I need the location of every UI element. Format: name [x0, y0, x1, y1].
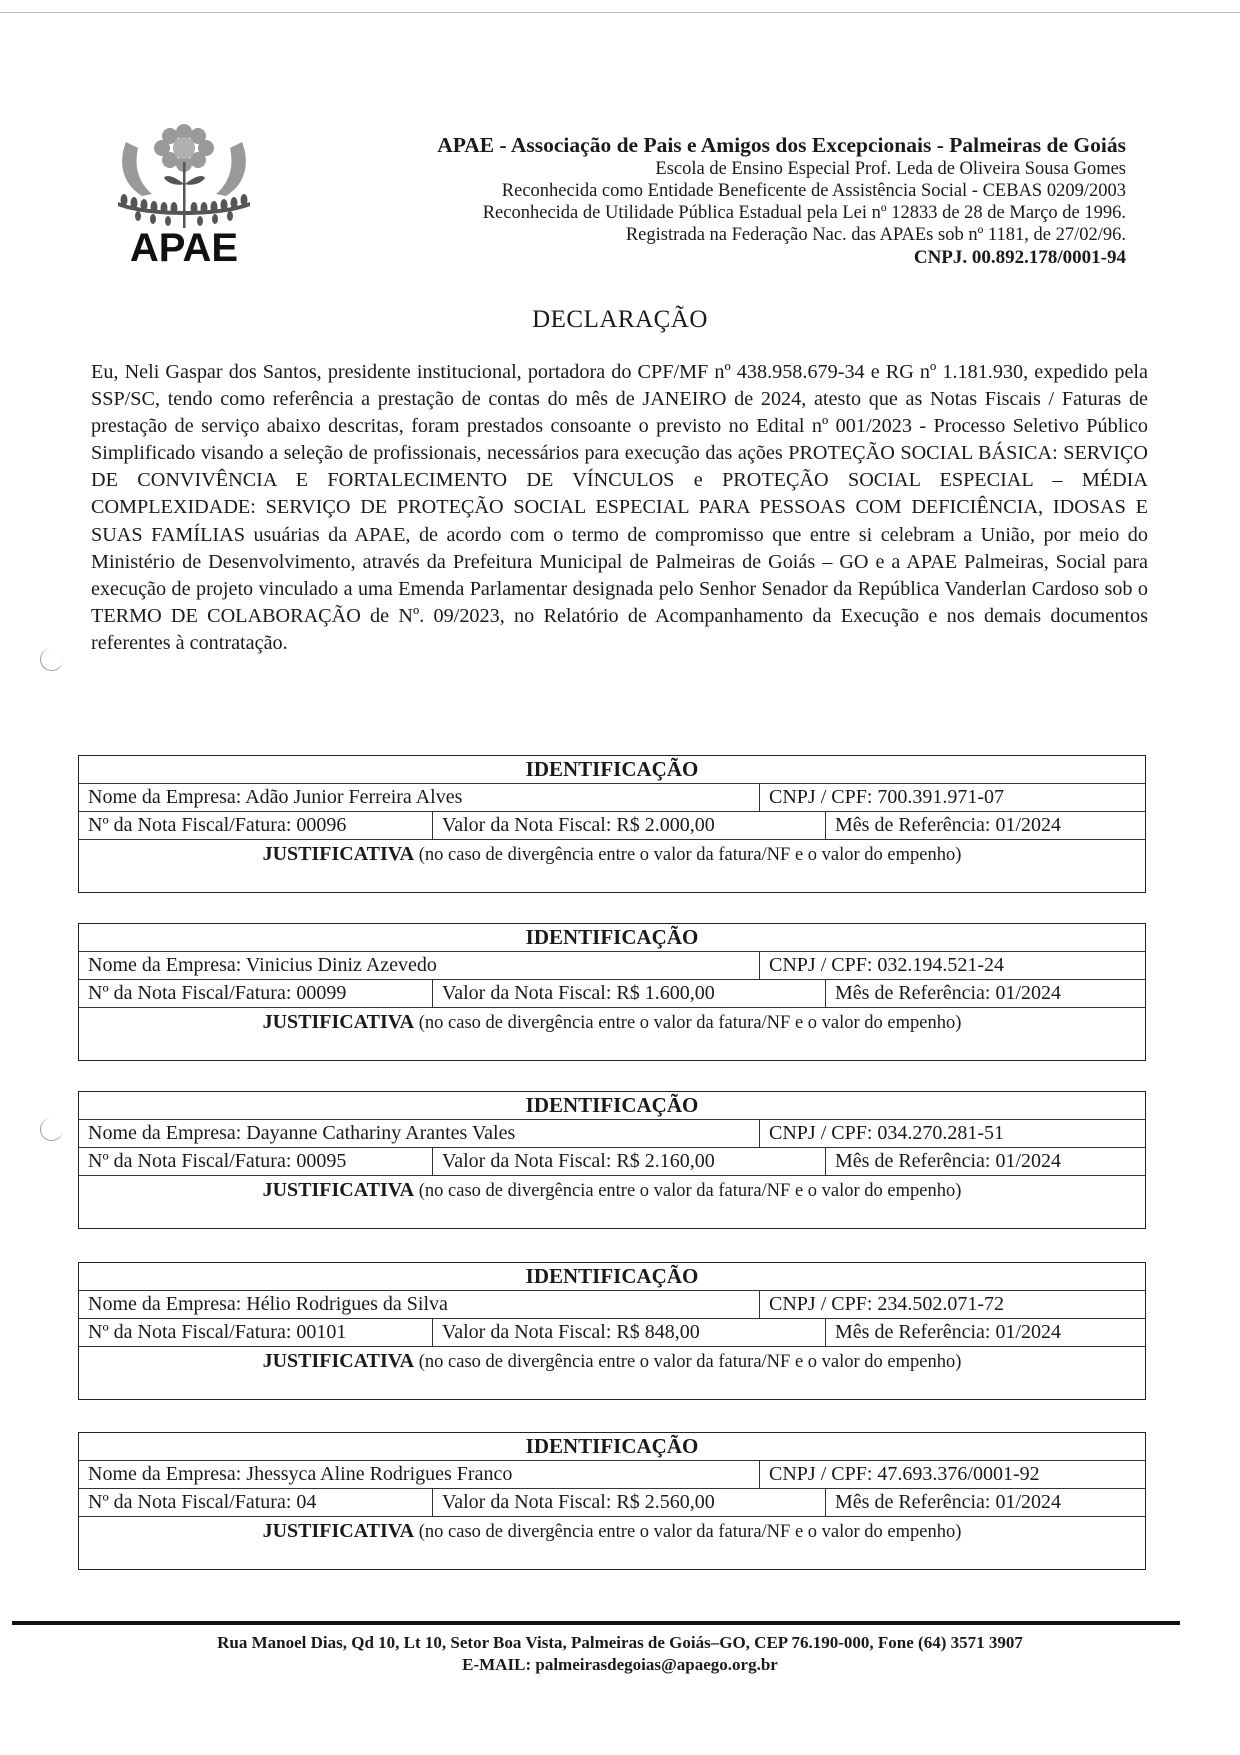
company-name-value: Hélio Rodrigues da Silva	[246, 1293, 448, 1315]
identification-table: IDENTIFICAÇÃONome da Empresa: Dayanne Ca…	[78, 1091, 1146, 1229]
invoice-number-cell: Nº da Nota Fiscal/Fatura: 00095	[79, 1148, 432, 1175]
scan-edge-line	[0, 12, 1240, 13]
cnpj-label: CNPJ / CPF:	[769, 1293, 877, 1315]
table-row: Nº da Nota Fiscal/Fatura: 04Valor da Not…	[79, 1489, 1145, 1517]
identification-table: IDENTIFICAÇÃONome da Empresa: Vinicius D…	[78, 923, 1146, 1061]
cnpj-label: CNPJ / CPF:	[769, 954, 877, 976]
table-row: Nome da Empresa: Hélio Rodrigues da Silv…	[79, 1291, 1145, 1319]
letterhead-line: Registrada na Federação Nac. das APAEs s…	[270, 224, 1126, 246]
invoice-number-value: 00095	[296, 1150, 346, 1172]
invoice-number-label: Nº da Nota Fiscal/Fatura:	[88, 1150, 296, 1172]
invoice-number-cell: Nº da Nota Fiscal/Fatura: 00099	[79, 980, 432, 1007]
declaration-paragraph: Eu, Neli Gaspar dos Santos, presidente i…	[91, 359, 1148, 657]
justification-label: JUSTIFICATIVA	[263, 1179, 415, 1201]
cnpj-value: 700.391.971-07	[877, 786, 1004, 808]
table-row: Nº da Nota Fiscal/Fatura: 00099Valor da …	[79, 980, 1145, 1008]
invoice-value-value: R$ 2.000,00	[616, 814, 714, 836]
justification-label: JUSTIFICATIVA	[263, 843, 415, 865]
reference-month-cell: Mês de Referência: 01/2024	[825, 812, 1145, 839]
cnpj-value: 034.270.281-51	[877, 1122, 1004, 1144]
cnpj-label: CNPJ / CPF:	[769, 1463, 877, 1485]
table-row: Nome da Empresa: Vinicius Diniz AzevedoC…	[79, 952, 1145, 980]
company-name-cell: Nome da Empresa: Adão Junior Ferreira Al…	[79, 784, 759, 811]
company-name-label: Nome da Empresa:	[88, 1293, 246, 1315]
invoice-value-label: Valor da Nota Fiscal:	[442, 1150, 616, 1172]
invoice-value-label: Valor da Nota Fiscal:	[442, 814, 616, 836]
invoice-number-label: Nº da Nota Fiscal/Fatura:	[88, 1321, 296, 1343]
invoice-number-value: 04	[296, 1491, 316, 1513]
company-name-value: Adão Junior Ferreira Alves	[245, 786, 462, 808]
cnpj-cell: CNPJ / CPF: 47.693.376/0001-92	[759, 1461, 1145, 1488]
identification-table: IDENTIFICAÇÃONome da Empresa: Jhessyca A…	[78, 1432, 1146, 1570]
reference-month-cell: Mês de Referência: 01/2024	[825, 980, 1145, 1007]
company-name-cell: Nome da Empresa: Jhessyca Aline Rodrigue…	[79, 1461, 759, 1488]
invoice-number-label: Nº da Nota Fiscal/Fatura:	[88, 982, 296, 1004]
justification-cell: JUSTIFICATIVA (no caso de divergência en…	[79, 1347, 1145, 1399]
reference-month-value: 01/2024	[995, 1150, 1061, 1172]
letterhead-line: Reconhecida de Utilidade Pública Estadua…	[270, 202, 1126, 224]
flower-hands-icon	[108, 122, 260, 230]
apae-logo: APAE	[108, 122, 260, 268]
company-name-label: Nome da Empresa:	[88, 954, 246, 976]
footer: Rua Manoel Dias, Qd 10, Lt 10, Setor Boa…	[0, 1632, 1240, 1676]
cnpj-cell: CNPJ / CPF: 032.194.521-24	[759, 952, 1145, 979]
justification-hint: (no caso de divergência entre o valor da…	[414, 845, 961, 865]
justification-hint: (no caso de divergência entre o valor da…	[414, 1181, 961, 1201]
reference-month-label: Mês de Referência:	[835, 982, 995, 1004]
table-heading: IDENTIFICAÇÃO	[79, 756, 1145, 784]
reference-month-cell: Mês de Referência: 01/2024	[825, 1148, 1145, 1175]
punch-hole-mark	[40, 648, 63, 671]
company-name-cell: Nome da Empresa: Vinicius Diniz Azevedo	[79, 952, 759, 979]
invoice-value-label: Valor da Nota Fiscal:	[442, 982, 616, 1004]
logo-wordmark: APAE	[108, 228, 260, 268]
organization-name: APAE - Associação de Pais e Amigos dos E…	[270, 132, 1126, 158]
letterhead: APAE - Associação de Pais e Amigos dos E…	[270, 132, 1126, 270]
table-row: Nome da Empresa: Dayanne Cathariny Arant…	[79, 1120, 1145, 1148]
cnpj-value: 234.502.071-72	[877, 1293, 1004, 1315]
footer-rule	[12, 1621, 1180, 1625]
justification-cell: JUSTIFICATIVA (no caso de divergência en…	[79, 1008, 1145, 1060]
identification-table: IDENTIFICAÇÃONome da Empresa: Hélio Rodr…	[78, 1262, 1146, 1400]
justification-hint: (no caso de divergência entre o valor da…	[414, 1352, 961, 1372]
table-row: Nº da Nota Fiscal/Fatura: 00101Valor da …	[79, 1319, 1145, 1347]
table-heading: IDENTIFICAÇÃO	[79, 1263, 1145, 1291]
table-row: Nº da Nota Fiscal/Fatura: 00096Valor da …	[79, 812, 1145, 840]
table-heading: IDENTIFICAÇÃO	[79, 924, 1145, 952]
justification-cell: JUSTIFICATIVA (no caso de divergência en…	[79, 1517, 1145, 1569]
company-name-value: Dayanne Cathariny Arantes Vales	[246, 1122, 515, 1144]
justification-cell: JUSTIFICATIVA (no caso de divergência en…	[79, 840, 1145, 892]
reference-month-value: 01/2024	[995, 1321, 1061, 1343]
identification-table: IDENTIFICAÇÃONome da Empresa: Adão Junio…	[78, 755, 1146, 893]
invoice-number-label: Nº da Nota Fiscal/Fatura:	[88, 1491, 296, 1513]
table-row: Nome da Empresa: Adão Junior Ferreira Al…	[79, 784, 1145, 812]
justification-label: JUSTIFICATIVA	[263, 1350, 415, 1372]
cnpj-label: CNPJ / CPF:	[769, 1122, 877, 1144]
invoice-number-cell: Nº da Nota Fiscal/Fatura: 00101	[79, 1319, 432, 1346]
cnpj-value: 032.194.521-24	[877, 954, 1004, 976]
invoice-value-value: R$ 2.560,00	[616, 1491, 714, 1513]
invoice-value-label: Valor da Nota Fiscal:	[442, 1321, 616, 1343]
company-name-label: Nome da Empresa:	[88, 1122, 246, 1144]
reference-month-value: 01/2024	[995, 1491, 1061, 1513]
cnpj-label: CNPJ / CPF:	[769, 786, 877, 808]
table-row: Nº da Nota Fiscal/Fatura: 00095Valor da …	[79, 1148, 1145, 1176]
table-row: Nome da Empresa: Jhessyca Aline Rodrigue…	[79, 1461, 1145, 1489]
organization-cnpj: CNPJ. 00.892.178/0001-94	[270, 246, 1126, 270]
justification-cell: JUSTIFICATIVA (no caso de divergência en…	[79, 1176, 1145, 1228]
footer-address: Rua Manoel Dias, Qd 10, Lt 10, Setor Boa…	[0, 1632, 1240, 1654]
reference-month-cell: Mês de Referência: 01/2024	[825, 1489, 1145, 1516]
footer-email: E-MAIL: palmeirasdegoias@apaego.org.br	[0, 1654, 1240, 1676]
cnpj-cell: CNPJ / CPF: 700.391.971-07	[759, 784, 1145, 811]
table-heading: IDENTIFICAÇÃO	[79, 1092, 1145, 1120]
invoice-number-value: 00096	[296, 814, 346, 836]
company-name-value: Vinicius Diniz Azevedo	[246, 954, 437, 976]
invoice-value-label: Valor da Nota Fiscal:	[442, 1491, 616, 1513]
reference-month-value: 01/2024	[995, 982, 1061, 1004]
justification-label: JUSTIFICATIVA	[263, 1520, 415, 1542]
company-name-cell: Nome da Empresa: Hélio Rodrigues da Silv…	[79, 1291, 759, 1318]
invoice-value-cell: Valor da Nota Fiscal: R$ 2.560,00	[432, 1489, 825, 1516]
justification-label: JUSTIFICATIVA	[263, 1011, 415, 1033]
invoice-value-cell: Valor da Nota Fiscal: R$ 848,00	[432, 1319, 825, 1346]
invoice-number-cell: Nº da Nota Fiscal/Fatura: 00096	[79, 812, 432, 839]
invoice-number-value: 00099	[296, 982, 346, 1004]
invoice-number-label: Nº da Nota Fiscal/Fatura:	[88, 814, 296, 836]
table-heading: IDENTIFICAÇÃO	[79, 1433, 1145, 1461]
invoice-value-value: R$ 1.600,00	[616, 982, 714, 1004]
invoice-value-cell: Valor da Nota Fiscal: R$ 2.000,00	[432, 812, 825, 839]
invoice-value-cell: Valor da Nota Fiscal: R$ 1.600,00	[432, 980, 825, 1007]
justification-hint: (no caso de divergência entre o valor da…	[414, 1522, 961, 1542]
cnpj-cell: CNPJ / CPF: 234.502.071-72	[759, 1291, 1145, 1318]
punch-hole-mark	[40, 1118, 63, 1141]
cnpj-cell: CNPJ / CPF: 034.270.281-51	[759, 1120, 1145, 1147]
company-name-label: Nome da Empresa:	[88, 786, 245, 808]
reference-month-label: Mês de Referência:	[835, 1150, 995, 1172]
reference-month-label: Mês de Referência:	[835, 814, 995, 836]
cnpj-value: 47.693.376/0001-92	[877, 1463, 1039, 1485]
invoice-value-value: R$ 848,00	[616, 1321, 699, 1343]
company-name-cell: Nome da Empresa: Dayanne Cathariny Arant…	[79, 1120, 759, 1147]
document-title: DECLARAÇÃO	[0, 306, 1240, 334]
letterhead-line: Reconhecida como Entidade Beneficente de…	[270, 180, 1126, 202]
reference-month-cell: Mês de Referência: 01/2024	[825, 1319, 1145, 1346]
company-name-value: Jhessyca Aline Rodrigues Franco	[246, 1463, 512, 1485]
invoice-value-value: R$ 2.160,00	[616, 1150, 714, 1172]
invoice-number-cell: Nº da Nota Fiscal/Fatura: 04	[79, 1489, 432, 1516]
invoice-value-cell: Valor da Nota Fiscal: R$ 2.160,00	[432, 1148, 825, 1175]
reference-month-label: Mês de Referência:	[835, 1321, 995, 1343]
reference-month-label: Mês de Referência:	[835, 1491, 995, 1513]
letterhead-line: Escola de Ensino Especial Prof. Leda de …	[270, 158, 1126, 180]
invoice-number-value: 00101	[296, 1321, 346, 1343]
reference-month-value: 01/2024	[995, 814, 1061, 836]
justification-hint: (no caso de divergência entre o valor da…	[414, 1013, 961, 1033]
company-name-label: Nome da Empresa:	[88, 1463, 246, 1485]
